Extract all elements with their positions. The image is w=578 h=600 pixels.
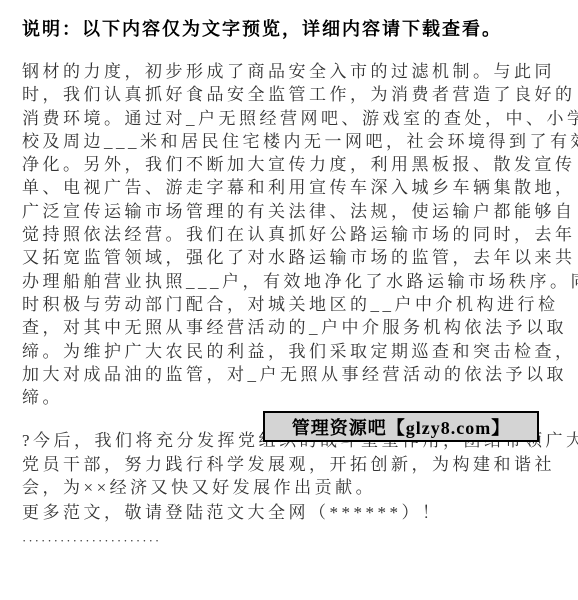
text-line: 加大对成品油的监管，对_户无照从事经营活动的依法予以取 xyxy=(22,363,570,386)
text-line: 单、电视广告、游走字幕和利用宣传车深入城乡车辆集散地， xyxy=(22,176,570,199)
text-line: 消费环境。通过对_户无照经营网吧、游戏室的查处，中、小学 xyxy=(22,107,570,130)
text-line: 钢材的力度，初步形成了商品安全入市的过滤机制。与此同 xyxy=(22,60,570,83)
text-line: 缔。 xyxy=(22,386,570,409)
text-line: 办理船舶营业执照___户，有效地净化了水路运输市场秩序。同 xyxy=(22,270,570,293)
more-samples-line: 更多范文，敬请登陆范文大全网（******）！ xyxy=(22,501,570,524)
watermark-badge: 管理资源吧【glzy8.com】 xyxy=(263,411,539,442)
paragraph-1: 钢材的力度，初步形成了商品安全入市的过滤机制。与此同 时，我们认真抓好食品安全监… xyxy=(22,60,570,409)
watermark-label: 管理资源吧【glzy8.com】 xyxy=(292,414,510,440)
text-line: 时，我们认真抓好食品安全监管工作，为消费者营造了良好的 xyxy=(22,83,570,106)
document-body: 钢材的力度，初步形成了商品安全入市的过滤机制。与此同 时，我们认真抓好食品安全监… xyxy=(22,60,570,549)
text-line: 广泛宣传运输市场管理的有关法律、法规，使运输户都能够自 xyxy=(22,200,570,223)
text-line: 党员干部，努力践行科学发展观，开拓创新，为构建和谐社 xyxy=(22,453,570,476)
text-line: 校及周边___米和居民住宅楼内无一网吧，社会环境得到了有效 xyxy=(22,130,570,153)
text-line: 净化。另外，我们不断加大宣传力度，利用黑板报、散发宣传 xyxy=(22,153,570,176)
document-preview-page: 说明：以下内容仅为文字预览，详细内容请下载查看。 钢材的力度，初步形成了商品安全… xyxy=(0,0,578,600)
text-line: 觉持照依法经营。我们在认真抓好公路运输市场的同时，去年 xyxy=(22,223,570,246)
text-line: 会，为××经济又快又好发展作出贡献。 xyxy=(22,476,570,499)
text-line: 时积极与劳动部门配合，对城关地区的__户中介机构进行检 xyxy=(22,293,570,316)
text-line: 查，对其中无照从事经营活动的_户中介服务机构依法予以取 xyxy=(22,316,570,339)
preview-notice-heading: 说明：以下内容仅为文字预览，详细内容请下载查看。 xyxy=(22,16,570,42)
text-line: 又拓宽监管领域，强化了对水路运输市场的监管，去年以来共 xyxy=(22,246,570,269)
dots-separator: ······················ xyxy=(22,533,570,549)
text-line: 缔。为维护广大农民的利益，我们采取定期巡查和突击检查， xyxy=(22,340,570,363)
